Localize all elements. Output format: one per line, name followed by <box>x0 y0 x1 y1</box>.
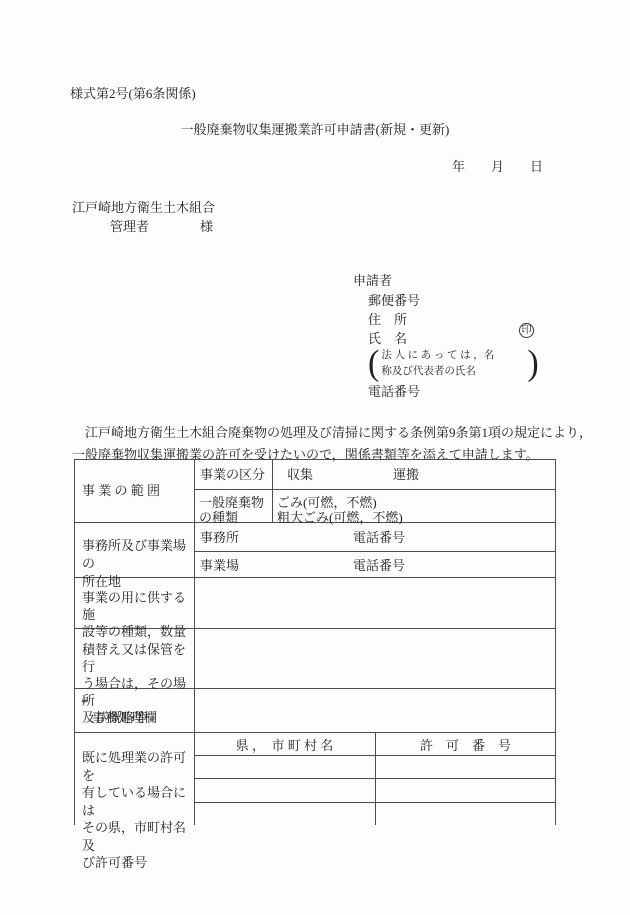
phone-label: 電話番号 <box>368 385 420 399</box>
location-label: 事務所及び事業場の 所在地 <box>82 537 194 591</box>
corporate-note: ( 法 人 に あ っ て は ，名 称及び代表者の氏名 ) <box>368 347 539 380</box>
admin-processing-label: 事務処理欄 <box>92 711 157 725</box>
table-border-left <box>74 459 75 825</box>
addressee-organization: 江戸崎地方衛生土木組合 <box>72 201 215 215</box>
table-border-right <box>555 459 556 825</box>
application-paragraph-line1: 江戸崎地方衛生土木組合廃棄物の処理及び清掃に関する条例第9条第1項の規定により， <box>72 422 592 444</box>
subrow-divider <box>194 489 556 490</box>
category-column-divider <box>272 459 273 522</box>
postal-code-label: 郵便番号 <box>368 294 420 308</box>
table-border-top <box>74 459 556 460</box>
business-category-label: 事業の区分 <box>200 468 265 482</box>
application-table: 事 業 の 範 囲 事業の区分 収集 運搬 一般廃棄物 の種類 ごみ(可燃，不燃… <box>74 459 556 825</box>
row-divider <box>74 732 556 733</box>
collection-label: 収集 <box>287 468 313 482</box>
transport-label: 運搬 <box>393 468 419 482</box>
site-phone-label: 電話番号 <box>353 559 405 573</box>
addressee-honorific: 様 <box>200 220 213 234</box>
addressee-role: 管理者 <box>110 220 149 234</box>
page-title: 一般廃棄物収集運搬業許可申請書(新規・更新) <box>0 123 630 137</box>
waste-type-label: 一般廃棄物 の種類 <box>199 495 271 525</box>
site-label: 事業場 <box>200 559 239 573</box>
corporate-note-text: 法 人 に あ っ て は ，名 称及び代表者の氏名 <box>379 348 527 380</box>
existing-permit-label: 既に処理業の許可を 有している場合には その県，市町村名及 び許可番号 <box>82 749 194 872</box>
facilities-label: 事業の用に供する施 設等の種類，数量 <box>82 589 194 640</box>
document-page: 様式第2号(第6条関係) 一般廃棄物収集運搬業許可申請書(新規・更新) 年 月 … <box>0 0 630 915</box>
seal-icon: 印 <box>519 323 534 338</box>
office-phone-label: 電話番号 <box>353 531 405 545</box>
office-label: 事務所 <box>200 531 239 545</box>
form-number: 様式第2号(第6条関係) <box>70 87 196 101</box>
label-column-divider <box>194 459 195 825</box>
date-line: 年 月 日 <box>452 160 543 174</box>
bracket-close: ) <box>527 346 538 381</box>
seal-character: 印 <box>522 326 532 336</box>
pref-city-header: 県 ， 市 町 村 名 <box>194 739 375 753</box>
bracket-open: ( <box>368 346 379 381</box>
waste-type-values: ごみ(可燃，不燃) 粗大ごみ(可燃，不燃) <box>277 495 403 525</box>
applicant-label: 申請者 <box>353 274 392 288</box>
admin-asterisk: * <box>81 696 88 710</box>
permit-number-header: 許 可 番 号 <box>375 739 556 753</box>
subrow-divider <box>194 551 556 552</box>
business-scope-label: 事 業 の 範 囲 <box>82 484 160 498</box>
address-label: 住 所 <box>368 313 407 327</box>
